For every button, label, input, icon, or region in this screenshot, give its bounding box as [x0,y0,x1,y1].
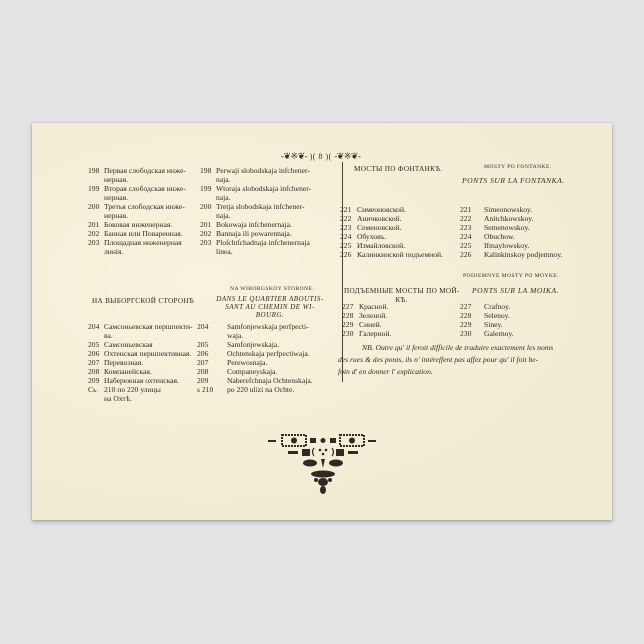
item-number: 221 [460,205,484,214]
item-number: 230 [460,329,484,338]
list-item-continuation: линія. [88,247,186,256]
list-item: 226Kalinkinskoy podjemnoy. [460,250,562,259]
wiborg-title-fr: DANS LE QUARTIER ABOUTIS- SANT AU CHEMIN… [202,295,338,319]
moika-title-translit: PODJEMNYE MOSTY PO MOYKE. [463,273,559,279]
list-item: 203Площадная инженерная [88,238,186,247]
item-text: Wtoraja slobodskaja infchener- [216,184,311,193]
item-number: 224 [340,232,357,241]
item-text: Simeonowskoy. [484,205,532,214]
item-text: Semenowskoy. [484,223,530,232]
wiborg-title-translit: NA WIBORGSKOY STORONE. [230,286,314,292]
item-number: 222 [460,214,484,223]
list-item: 223Семеновской. [340,223,443,232]
item-text: po 220 ulizi na Ochte. [227,385,294,394]
item-text: Семеновской. [357,223,402,232]
list-item: 198Первая слободская инже- [88,166,186,175]
wiborg-title-fr-line: DANS LE QUARTIER ABOUTIS- [202,295,338,303]
item-text: Anitchkowskoy. [484,214,534,223]
left-russian-list: 198Первая слободская инже-нерная.199Втор… [88,166,186,256]
list-item: 227Crafnoy. [460,302,514,311]
list-item: 230Галерной. [342,329,391,338]
item-number: 225 [460,241,484,250]
list-item: 202Банная или Поваренная. [88,229,186,238]
footnote: NB. Outre qu' il feroit difficile de tra… [338,342,553,378]
item-number: 222 [340,214,357,223]
item-text: Ochtenskaja perfpectiwaja. [227,349,310,358]
list-item: 229Siney. [460,320,514,329]
item-number: 206 [197,349,227,358]
list-item: 205Samfonjewskaja. [197,340,313,349]
footnote-line: NB. Outre qu' il feroit difficile de tra… [338,342,553,354]
item-number: 208 [197,367,227,376]
item-number: 204 [197,322,227,331]
footnote-line: foin d' en donner l' explication. [338,366,553,378]
moika-title-ru-line: ПОДЪЕМНЫЕ МОСТЫ ПО МОЙ- [344,287,459,296]
item-number: 203 [200,238,216,247]
item-number: 225 [340,241,357,250]
list-item: 226Калинкинской подъемной. [340,250,443,259]
list-item: 209Naberefchnaja Ochtenskaja. [197,376,313,385]
item-number: 201 [200,220,216,229]
moika-russian-list: 227Красной.228Зеленой.229Синей.230Галерн… [342,302,391,338]
book-page: -❦※❦- )( 8 )( -❦※❦- 198Первая слободская… [32,123,612,520]
item-text: Naberefchnaja Ochtenskaja. [227,376,313,385]
page-header: -❦※❦- )( 8 )( -❦※❦- [281,151,360,162]
item-text: Набережная охтенская. [104,376,179,385]
list-item: 208Companeyskaja. [197,367,313,376]
list-item-continuation: linea. [200,247,311,256]
item-number: 200 [88,202,104,211]
item-text: Охтенская першпективная. [104,349,191,358]
item-number: 202 [88,229,104,238]
item-text: Измайловской. [357,241,405,250]
list-item: 221Симеоновской. [340,205,443,214]
list-item: 207Перевозная. [88,358,193,367]
item-number: 230 [342,329,359,338]
item-text: Третья слободская инже- [104,202,185,211]
item-number: 205 [88,340,104,349]
item-number: 227 [460,302,484,311]
header-ornament-right: -❦※❦- [334,151,360,161]
item-number: 204 [88,322,104,331]
list-item-continuation: ва. [88,331,193,340]
list-item: 206Охтенская першпективная. [88,349,193,358]
vignette-ornament-icon [268,434,378,496]
item-number: 206 [88,349,104,358]
item-number: 207 [88,358,104,367]
list-item-continuation: нерная. [88,193,186,202]
item-text: Selenoy. [484,311,510,320]
item-text: Ploſchtſchadnaja infchenernaja [216,238,310,247]
list-item: 206Ochtenskaja perfpectiwaja. [197,349,313,358]
item-text: Самсоньевская [104,340,153,349]
item-number: 199 [200,184,216,193]
list-item: 223Semenowskoy. [460,223,562,232]
wiborg-title-fr-line: BOURG. [202,311,338,319]
item-number: 203 [88,238,104,247]
item-number: 198 [88,166,104,175]
fontanka-title-ru: МОСТЫ ПО ФОНТАНКѢ. [354,165,442,173]
list-item: 224Обуховъ. [340,232,443,241]
item-text: Зеленой. [359,311,387,320]
list-item: 204Samfonjewskaja perfpecti- [197,322,313,331]
list-item: 225Ifmaylowskoy. [460,241,562,250]
list-item: 224Obuchow. [460,232,562,241]
fontanka-translit-list: 221Simeonowskoy.222Anitchkowskoy.223Seme… [460,205,562,259]
list-item: 200Третья слободская инже- [88,202,186,211]
item-text: Perewosnaja. [227,358,267,367]
item-number: 227 [342,302,359,311]
moika-title-fr: PONTS SUR LA MOIKA. [472,286,559,295]
item-text: Ifmaylowskoy. [484,241,529,250]
item-text: Боковая инженерная. [104,220,172,229]
item-text: Bokowaja infchenernaja. [216,220,292,229]
list-item: 221Simeonowskoy. [460,205,562,214]
item-text: Самсоньевская першпекти- [104,322,193,331]
header-ornament-left: -❦※❦- [281,151,307,161]
list-item: 227Красной. [342,302,391,311]
item-number: 229 [342,320,359,329]
item-number: 208 [88,367,104,376]
list-item-continuation: naja. [200,211,311,220]
moika-translit-list: 227Crafnoy.228Selenoy.229Siney.230Galern… [460,302,514,338]
list-item-continuation: waja. [197,331,313,340]
list-item: 202Bannaja ili powarennaja. [200,229,311,238]
item-number: 198 [200,166,216,175]
wiborg-translit-list: 204Samfonjewskaja perfpecti-waja.205Samf… [197,322,313,394]
item-text: Tretja slobodskaja infchener- [216,202,305,211]
item-text: Обуховъ. [357,232,386,241]
item-text: Bannaja ili powarennaja. [216,229,292,238]
fontanka-title-translit: MOSTY PO FONTANKE. [484,164,552,170]
list-item: 230Galernoy. [460,329,514,338]
item-text: Crafnoy. [484,302,510,311]
item-number: 223 [460,223,484,232]
item-text: Банная или Поваренная. [104,229,183,238]
wiborg-russian-list: 204Самсоньевская першпекти-ва.205Самсонь… [88,322,193,403]
item-number: 228 [342,311,359,320]
list-item: 229Синей. [342,320,391,329]
item-number: s 210 [197,385,227,394]
item-number: 202 [200,229,216,238]
item-number: 226 [340,250,357,259]
item-text: Samfonjewskaja. [227,340,279,349]
list-item: 209Набережная охтенская. [88,376,193,385]
item-text: Siney. [484,320,503,329]
item-text: Obuchow. [484,232,515,241]
list-item: 199Wtoraja slobodskaja infchener- [200,184,311,193]
item-number: Сь [88,385,104,394]
list-item: 201Боковая инженерная. [88,220,186,229]
item-text: Galernoy. [484,329,514,338]
item-text: Аничковской. [357,214,402,223]
wiborg-title-ru: НА ВЫБОРГСКОЙ СТОРОНѢ [92,297,194,305]
list-item-continuation: naja. [200,193,311,202]
list-item: 208Компанейская. [88,367,193,376]
fontanka-title-fr: PONTS SUR LA FONTANKA. [462,176,565,185]
footnote-line: des rues & des ponts, ils n' intéreffent… [338,354,553,366]
list-item: 203Ploſchtſchadnaja infchenernaja [200,238,311,247]
item-number: 199 [88,184,104,193]
list-item-continuation: нерная. [88,211,186,220]
list-item: 225Измайловской. [340,241,443,250]
item-text: Первая слободская инже- [104,166,186,175]
list-item: 204Самсоньевская першпекти- [88,322,193,331]
item-text: Калинкинской подъемной. [357,250,443,259]
item-text: Perwaji slobodskaja infchener- [216,166,310,175]
item-number: 228 [460,311,484,320]
list-item: 198Perwaji slobodskaja infchener- [200,166,311,175]
item-text: Samfonjewskaja perfpecti- [227,322,309,331]
item-text: Перевозная. [104,358,143,367]
item-number: 221 [340,205,357,214]
item-text: Площадная инженерная [104,238,182,247]
item-number: 200 [200,202,216,211]
list-item: 222Anitchkowskoy. [460,214,562,223]
item-number: 229 [460,320,484,329]
wiborg-title-fr-line: SANT AU CHEMIN DE WI- [202,303,338,311]
item-text: Вторая слободская инже- [104,184,186,193]
page-number: )( 8 )( [310,152,332,161]
list-item: 199Вторая слободская инже- [88,184,186,193]
item-number: 205 [197,340,227,349]
item-text: Синей. [359,320,382,329]
list-item-continuation: naja. [200,175,311,184]
item-text: Галерной. [359,329,391,338]
item-text: Красной. [359,302,388,311]
item-number: 209 [197,376,227,385]
item-text: Kalinkinskoy podjemnoy. [484,250,562,259]
list-item: s 210po 220 ulizi na Ochte. [197,385,313,394]
item-text: Companeyskaja. [227,367,277,376]
item-text: 210 по 220 улицы [104,385,161,394]
item-number: 224 [460,232,484,241]
list-item: 207Perewosnaja. [197,358,313,367]
item-number: 201 [88,220,104,229]
item-number: 207 [197,358,227,367]
item-text: Симеоновской. [357,205,406,214]
list-item: 222Аничковской. [340,214,443,223]
list-item: 205Самсоньевская [88,340,193,349]
item-number: 226 [460,250,484,259]
list-item: 228Selenoy. [460,311,514,320]
list-item: Сь210 по 220 улицы [88,385,193,394]
item-number: 209 [88,376,104,385]
item-number: 223 [340,223,357,232]
list-item-continuation: нерная. [88,175,186,184]
list-item: 201Bokowaja infchenernaja. [200,220,311,229]
fontanka-russian-list: 221Симеоновской.222Аничковской.223Семено… [340,205,443,259]
list-item-continuation: на Охтѣ. [88,394,193,403]
list-item: 200Tretja slobodskaja infchener- [200,202,311,211]
list-item: 228Зеленой. [342,311,391,320]
left-translit-list: 198Perwaji slobodskaja infchener-naja.19… [200,166,311,256]
item-text: Компанейская. [104,367,152,376]
